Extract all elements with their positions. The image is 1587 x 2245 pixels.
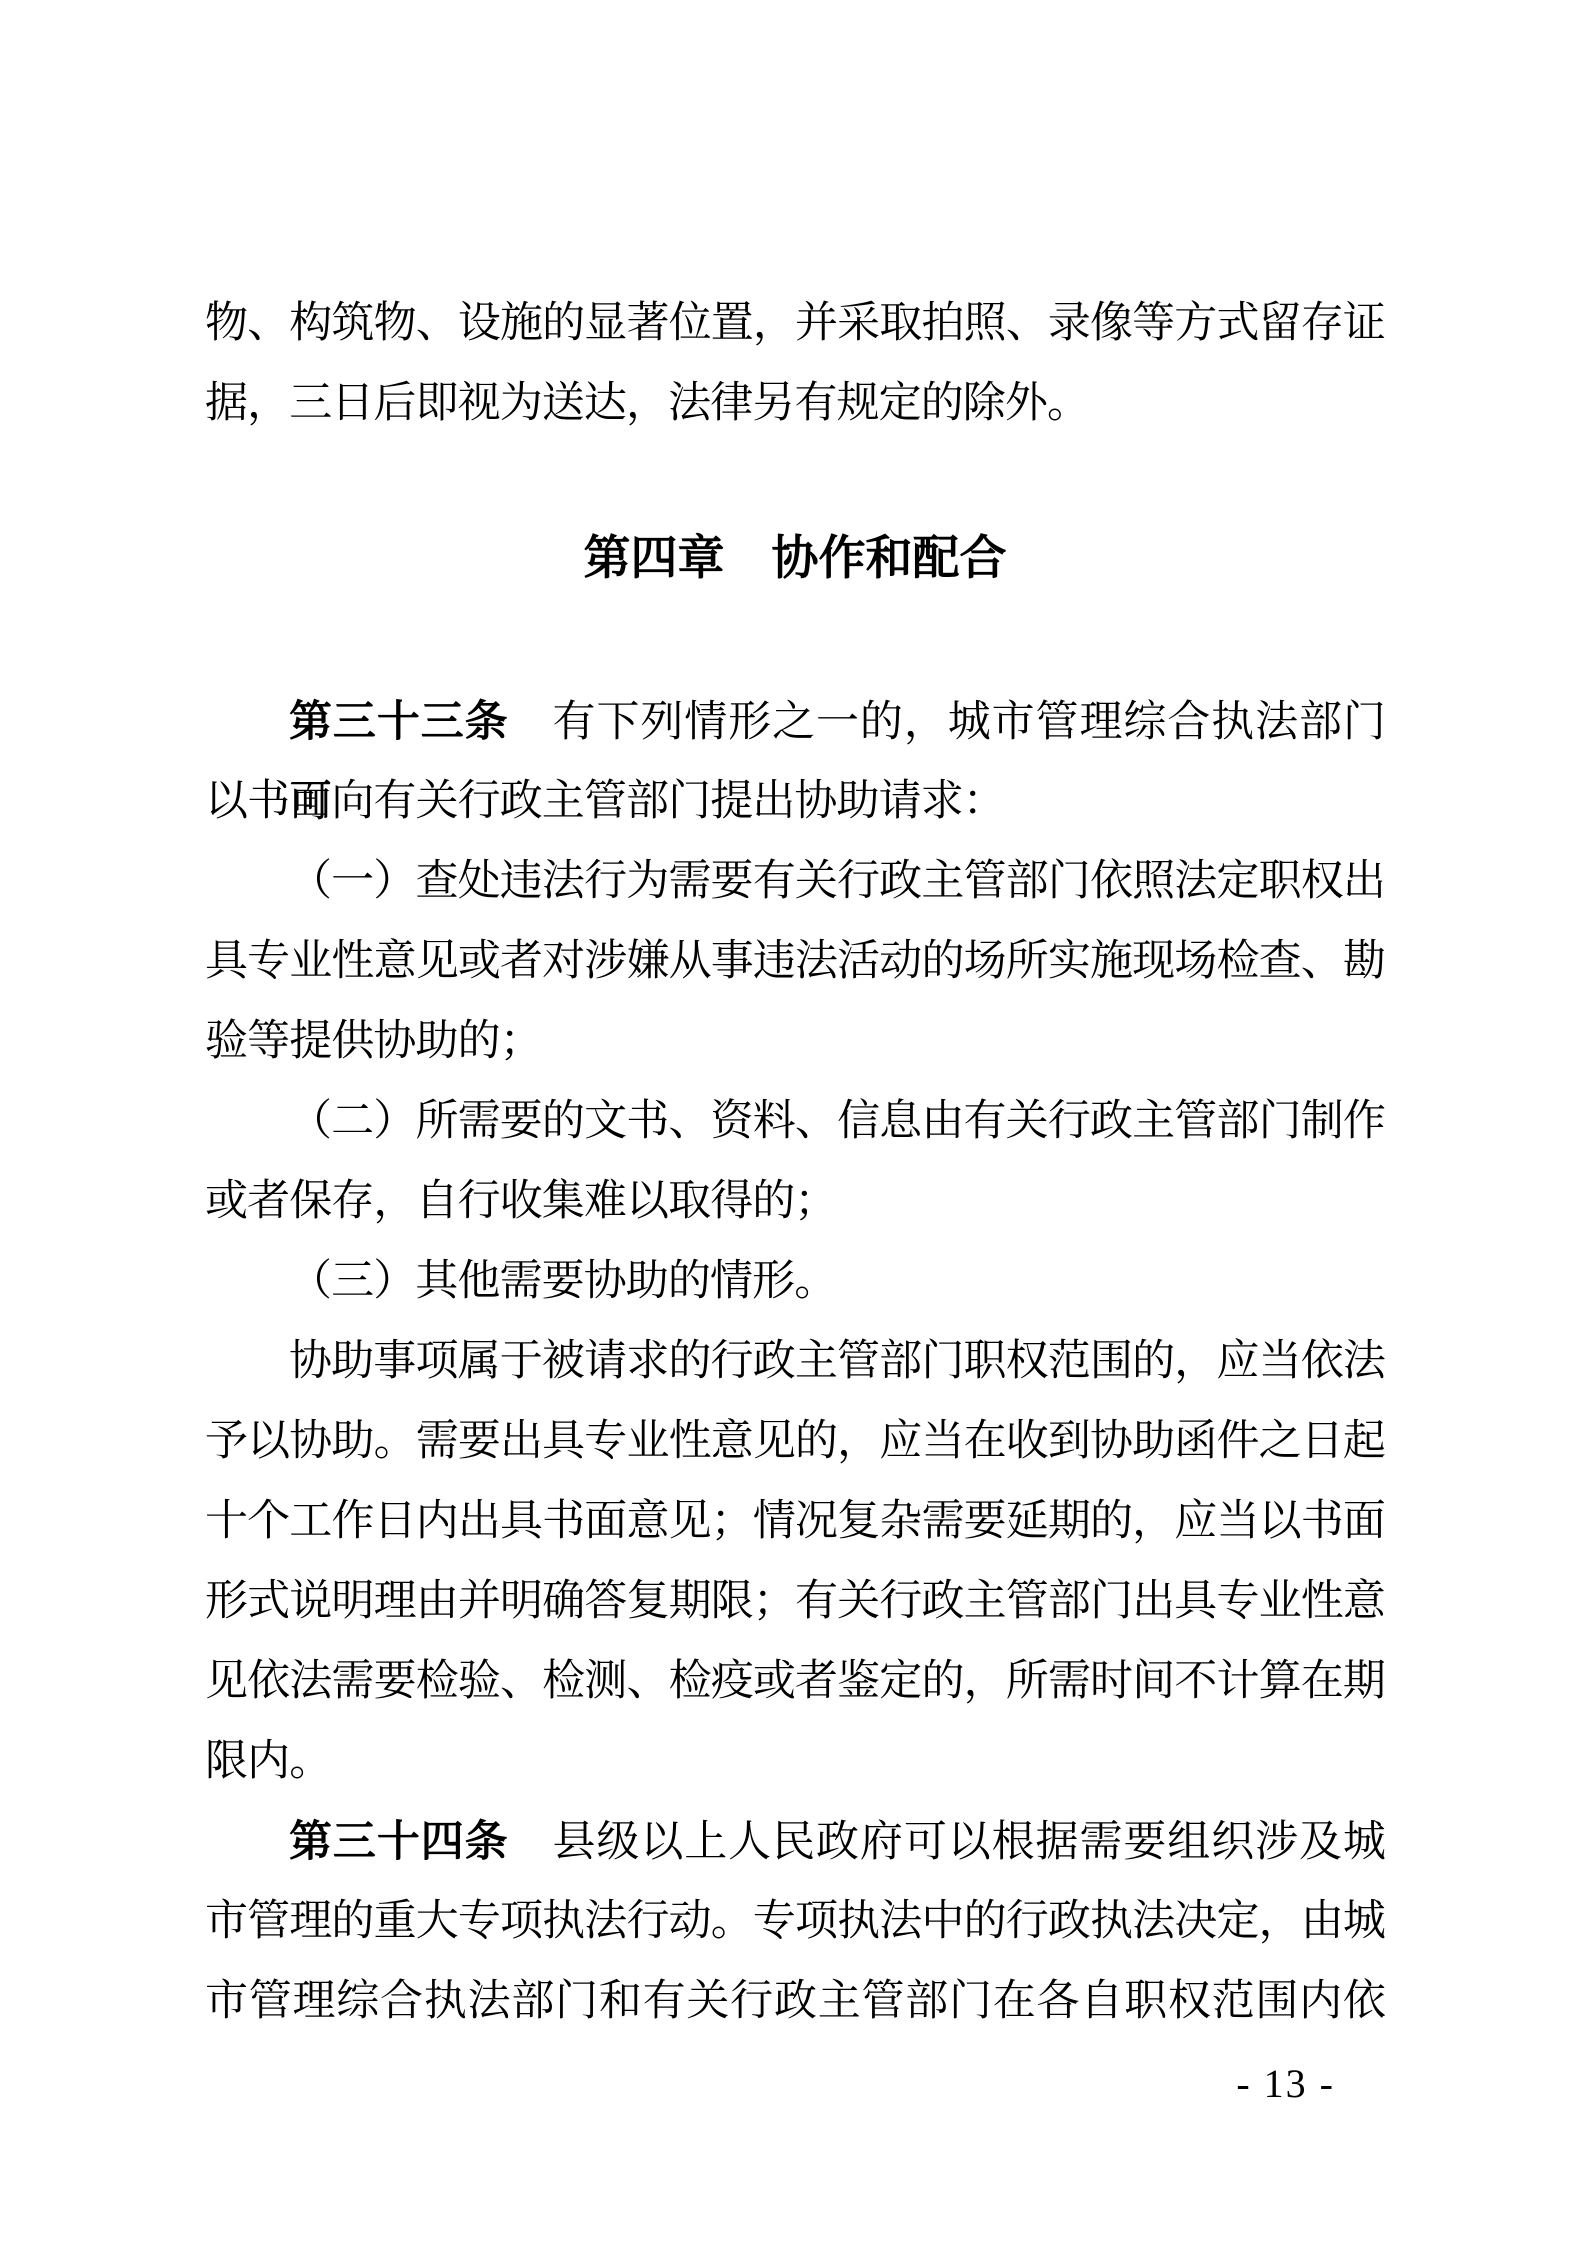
article-33-assist-line-2: 予以协助。需要出具专业性意见的，应当在收到协助函件之日起 xyxy=(205,1402,1385,1482)
article-33-item-1-line-3: 验等提供协助的； xyxy=(205,1002,1385,1082)
article-34-text: 县级以上人民政府可以根据需要组织涉及城 xyxy=(553,1819,1385,1866)
article-33-item-2-line-2: 或者保存，自行收集难以取得的； xyxy=(205,1162,1385,1242)
article-34-line-2: 市管理的重大专项执法行动。专项执法中的行政执法决定，由城 xyxy=(205,1882,1385,1962)
article-33-assist-line-1: 协助事项属于被请求的行政主管部门职权范围的，应当依法 xyxy=(205,1322,1385,1402)
continuation-line-1: 物、构筑物、设施的显著位置，并采取拍照、录像等方式留存证 xyxy=(205,284,1385,364)
text-block: 物、构筑物、设施的显著位置，并采取拍照、录像等方式留存证 据，三日后即视为送达，… xyxy=(205,284,1385,2042)
article-33-assist-line-5: 见依法需要检验、检测、检疫或者鉴定的，所需时间不计算在期 xyxy=(205,1642,1385,1722)
chapter-title: 协作和配合 xyxy=(772,531,1007,584)
document-page: 物、构筑物、设施的显著位置，并采取拍照、录像等方式留存证 据，三日后即视为送达，… xyxy=(0,0,1587,2245)
page-number: - 13 - xyxy=(1236,2062,1335,2106)
article-34-label: 第三十四条 xyxy=(289,1818,509,1866)
article-33-assist-line-3: 十个工作日内出具书面意见；情况复杂需要延期的，应当以书面 xyxy=(205,1482,1385,1562)
article-33-item-1-line-2: 具专业性意见或者对涉嫌从事违法活动的场所实施现场检查、勘 xyxy=(205,922,1385,1002)
article-33-intro-line-2: 以书面向有关行政主管部门提出协助请求： xyxy=(205,762,1385,842)
chapter-heading: 第四章 协作和配合 xyxy=(205,518,1385,598)
article-34-line-1: 第三十四条县级以上人民政府可以根据需要组织涉及城 xyxy=(205,1802,1385,1882)
article-33-intro-line-1: 第三十三条有下列情形之一的，城市管理综合执法部门可 xyxy=(205,682,1385,762)
article-33-item-2-line-1: （二）所需要的文书、资料、信息由有关行政主管部门制作 xyxy=(205,1082,1385,1162)
article-33-item-3-line-1: （三）其他需要协助的情形。 xyxy=(205,1242,1385,1322)
article-33-assist-line-6: 限内。 xyxy=(205,1722,1385,1802)
article-33-item-1-line-1: （一）查处违法行为需要有关行政主管部门依照法定职权出 xyxy=(205,842,1385,922)
article-34-line-3: 市管理综合执法部门和有关行政主管部门在各自职权范围内依 xyxy=(205,1962,1385,2042)
spacer-before-chapter xyxy=(205,444,1385,518)
article-33-assist-line-4: 形式说明理由并明确答复期限；有关行政主管部门出具专业性意 xyxy=(205,1562,1385,1642)
continuation-line-2: 据，三日后即视为送达，法律另有规定的除外。 xyxy=(205,364,1385,444)
article-33-label: 第三十三条 xyxy=(289,698,509,746)
chapter-number: 第四章 xyxy=(583,531,724,584)
spacer-after-chapter xyxy=(205,598,1385,682)
